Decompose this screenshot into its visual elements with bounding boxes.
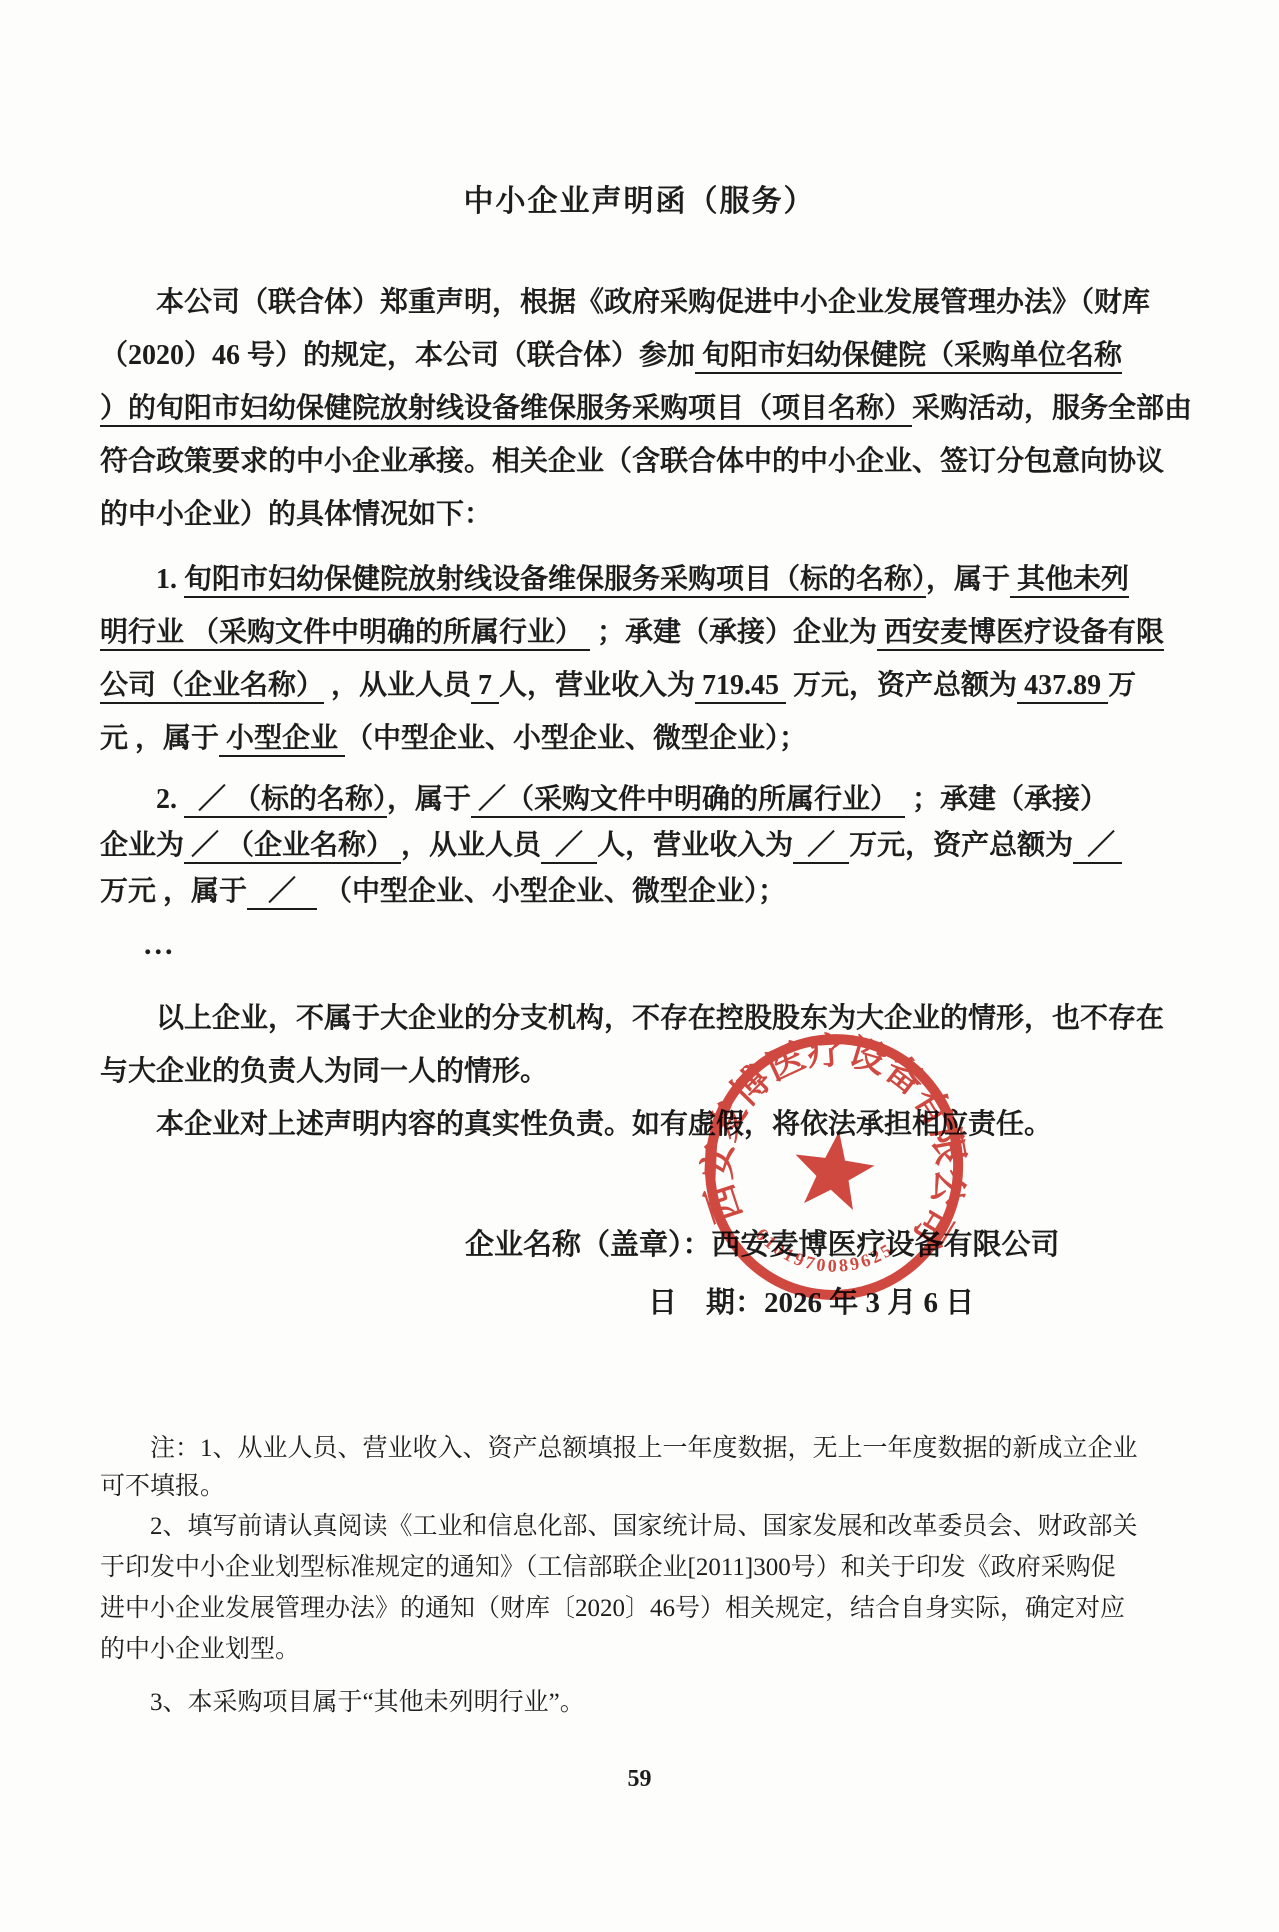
text-line: 与大企业的负责人为同一人的情形。 [100, 1045, 1182, 1098]
static-text: ，属于 [387, 784, 471, 815]
static-text: 可不填报。 [100, 1473, 225, 1500]
filled-blank-text: 西安麦博医疗设备有限 [877, 617, 1164, 651]
static-text: ，从业人员 [401, 830, 541, 861]
static-text: 以上企业，不属于大企业的分支机构，不存在控股股东为大企业的情形，也不存在 [156, 1003, 1164, 1034]
filled-blank-text: 旬阳市妇幼保健院（采购单位名称 [695, 340, 1122, 374]
item2-paragraph: 2. ／ （标的名称），属于 ／（采购文件中明确的所属行业） ；承建（承接）企业… [100, 777, 1182, 915]
static-text: 符合政策要求的中小企业承接。相关企业（含联合体中的中小企业、签订分包意向协议 [100, 446, 1164, 477]
static-text: 的中小企业划型。 [100, 1636, 300, 1663]
static-text: 万元，资产总额为 [849, 830, 1073, 861]
filled-blank-text: 437.89 [1017, 670, 1108, 704]
text-line: 本企业对上述声明内容的真实性负责。如有虚假，将依法承担相应责任。 [100, 1098, 1182, 1151]
text-line: 的中小企业）的具体情况如下： [100, 488, 1182, 541]
static-text: 本企业对上述声明内容的真实性负责。如有虚假，将依法承担相应责任。 [156, 1109, 1052, 1140]
static-text: 企业为 [100, 830, 184, 861]
static-text: （中型企业、小型企业、微型企业）； [345, 723, 807, 754]
text-line: 的中小企业划型。 [100, 1629, 1182, 1670]
static-text: 万元 ，属于 [100, 876, 247, 907]
text-line: 进中小企业发展管理办法》的通知（财库〔2020〕46号）相关规定，结合自身实际，… [100, 1588, 1182, 1629]
static-text: 万元，资产总额为 [786, 670, 1017, 701]
filled-blank-text: 公司（企业名称） [100, 670, 324, 704]
text-line: 元 ，属于 小型企业 （中型企业、小型企业、微型企业）； [100, 712, 1182, 765]
item1-paragraph: 1. 旬阳市妇幼保健院放射线设备维保服务采购项目（标的名称），属于 其他未列明行… [100, 553, 1182, 765]
text-line: 公司（企业名称） ，从业人员 7 人，营业收入为 719.45 万元，资产总额为… [100, 659, 1182, 712]
static-text: 注：1、从业人员、营业收入、资产总额填报上一年度数据，无上一年度数据的新成立企业 [150, 1435, 1138, 1462]
static-text: 2、填写前请认真阅读《工业和信息化部、国家统计局、国家发展和改革委员会、财政部关 [150, 1513, 1138, 1540]
text-line: 明行业 （采购文件中明确的所属行业） ；承建（承接）企业为 西安麦博医疗设备有限 [100, 606, 1182, 659]
filled-blank-text: ／ （标的名称） [184, 784, 387, 818]
static-text: ，从业人员 [324, 670, 471, 701]
filled-blank-text: 其他未列 [1010, 564, 1129, 598]
static-text: 1. [156, 564, 184, 595]
note-1: 注：1、从业人员、营业收入、资产总额填报上一年度数据，无上一年度数据的新成立企业… [100, 1430, 1182, 1506]
note-3: 3、本采购项目属于“其他未列明行业”。 [100, 1682, 1182, 1723]
text-line: 3、本采购项目属于“其他未列明行业”。 [100, 1682, 1182, 1723]
filled-blank-text: 明行业 （采购文件中明确的所属行业） [100, 617, 590, 651]
text-line: 企业为 ／ （企业名称） ，从业人员 ／ 人，营业收入为 ／ 万元，资产总额为 … [100, 823, 1182, 869]
filled-blank-text: ／ [793, 830, 849, 864]
static-text: ；承建（承接） [905, 784, 1108, 815]
static-text: 本公司（联合体）郑重声明，根据《政府采购促进中小企业发展管理办法》（财库 [156, 287, 1150, 318]
filled-blank-text: ／ （企业名称） [184, 830, 401, 864]
filled-blank-text: ）的旬阳市妇幼保健院放射线设备维保服务采购项目（项目名称） [100, 393, 912, 427]
note-2: 2、填写前请认真阅读《工业和信息化部、国家统计局、国家发展和改革委员会、财政部关… [100, 1506, 1182, 1670]
document-page: 中小企业声明函（服务） 本公司（联合体）郑重声明，根据《政府采购促进中小企业发展… [0, 0, 1279, 1932]
static-text: 采购活动，服务全部由 [912, 393, 1192, 424]
text-line: 于印发中小企业划型标准规定的通知》（工信部联企业[2011]300号）和关于印发… [100, 1547, 1182, 1588]
text-line: 1. 旬阳市妇幼保健院放射线设备维保服务采购项目（标的名称），属于 其他未列 [100, 553, 1182, 606]
text-line: 2、填写前请认真阅读《工业和信息化部、国家统计局、国家发展和改革委员会、财政部关 [100, 1506, 1182, 1547]
text-line: 符合政策要求的中小企业承接。相关企业（含联合体中的中小企业、签订分包意向协议 [100, 435, 1182, 488]
signature-company-line: 企业名称（盖章）：西安麦博医疗设备有限公司 [465, 1222, 1060, 1263]
ellipsis-line: ... [144, 928, 176, 962]
text-line: 本公司（联合体）郑重声明，根据《政府采购促进中小企业发展管理办法》（财库 [100, 276, 1182, 329]
intro-paragraph: 本公司（联合体）郑重声明，根据《政府采购促进中小企业发展管理办法》（财库（202… [100, 276, 1182, 541]
filled-blank-text: 小型企业 [219, 723, 345, 757]
filled-blank-text: 旬阳市妇幼保健院放射线设备维保服务采购项目（标的名称） [184, 564, 926, 598]
document-title: 中小企业声明函（服务） [0, 176, 1279, 220]
filled-blank-text: ／ [541, 830, 597, 864]
text-line: 万元 ，属于 ／ （中型企业、小型企业、微型企业）； [100, 869, 1182, 915]
static-text: （2020）46 号）的规定，本公司（联合体）参加 [100, 340, 695, 371]
static-text: 3、本采购项目属于“其他未列明行业”。 [150, 1689, 585, 1716]
static-text: ；承建（承接）企业为 [590, 617, 877, 648]
text-line: 以上企业，不属于大企业的分支机构，不存在控股股东为大企业的情形，也不存在 [100, 992, 1182, 1045]
static-text: 人，营业收入为 [499, 670, 695, 701]
static-text: 万 [1108, 670, 1136, 701]
text-line: 注：1、从业人员、营业收入、资产总额填报上一年度数据，无上一年度数据的新成立企业 [100, 1430, 1182, 1468]
static-text: 进中小企业发展管理办法》的通知（财库〔2020〕46号）相关规定，结合自身实际，… [100, 1595, 1125, 1622]
filled-blank-text: ／ [247, 876, 317, 910]
text-line: 2. ／ （标的名称），属于 ／（采购文件中明确的所属行业） ；承建（承接） [100, 777, 1182, 823]
static-text: 于印发中小企业划型标准规定的通知》（工信部联企业[2011]300号）和关于印发… [100, 1554, 1116, 1581]
static-text: 人，营业收入为 [597, 830, 793, 861]
text-line: ）的旬阳市妇幼保健院放射线设备维保服务采购项目（项目名称）采购活动，服务全部由 [100, 382, 1182, 435]
filled-blank-text: ／（采购文件中明确的所属行业） [471, 784, 905, 818]
signature-date-line: 日 期：2026 年 3 月 6 日 [648, 1280, 974, 1321]
static-text: ，属于 [926, 564, 1010, 595]
static-text: 元 ，属于 [100, 723, 219, 754]
static-text: 与大企业的负责人为同一人的情形。 [100, 1056, 548, 1087]
static-text: （中型企业、小型企业、微型企业）； [317, 876, 786, 907]
page-number: 59 [0, 1766, 1279, 1793]
text-line: （2020）46 号）的规定，本公司（联合体）参加 旬阳市妇幼保健院（采购单位名… [100, 329, 1182, 382]
text-line: 可不填报。 [100, 1468, 1182, 1506]
static-text: 2. [156, 784, 184, 815]
filled-blank-text: 719.45 [695, 670, 786, 704]
static-text: 的中小企业）的具体情况如下： [100, 499, 492, 530]
closing-paragraph: 以上企业，不属于大企业的分支机构，不存在控股股东为大企业的情形，也不存在与大企业… [100, 992, 1182, 1151]
filled-blank-text: ／ [1073, 830, 1122, 864]
filled-blank-text: 7 [471, 670, 499, 704]
